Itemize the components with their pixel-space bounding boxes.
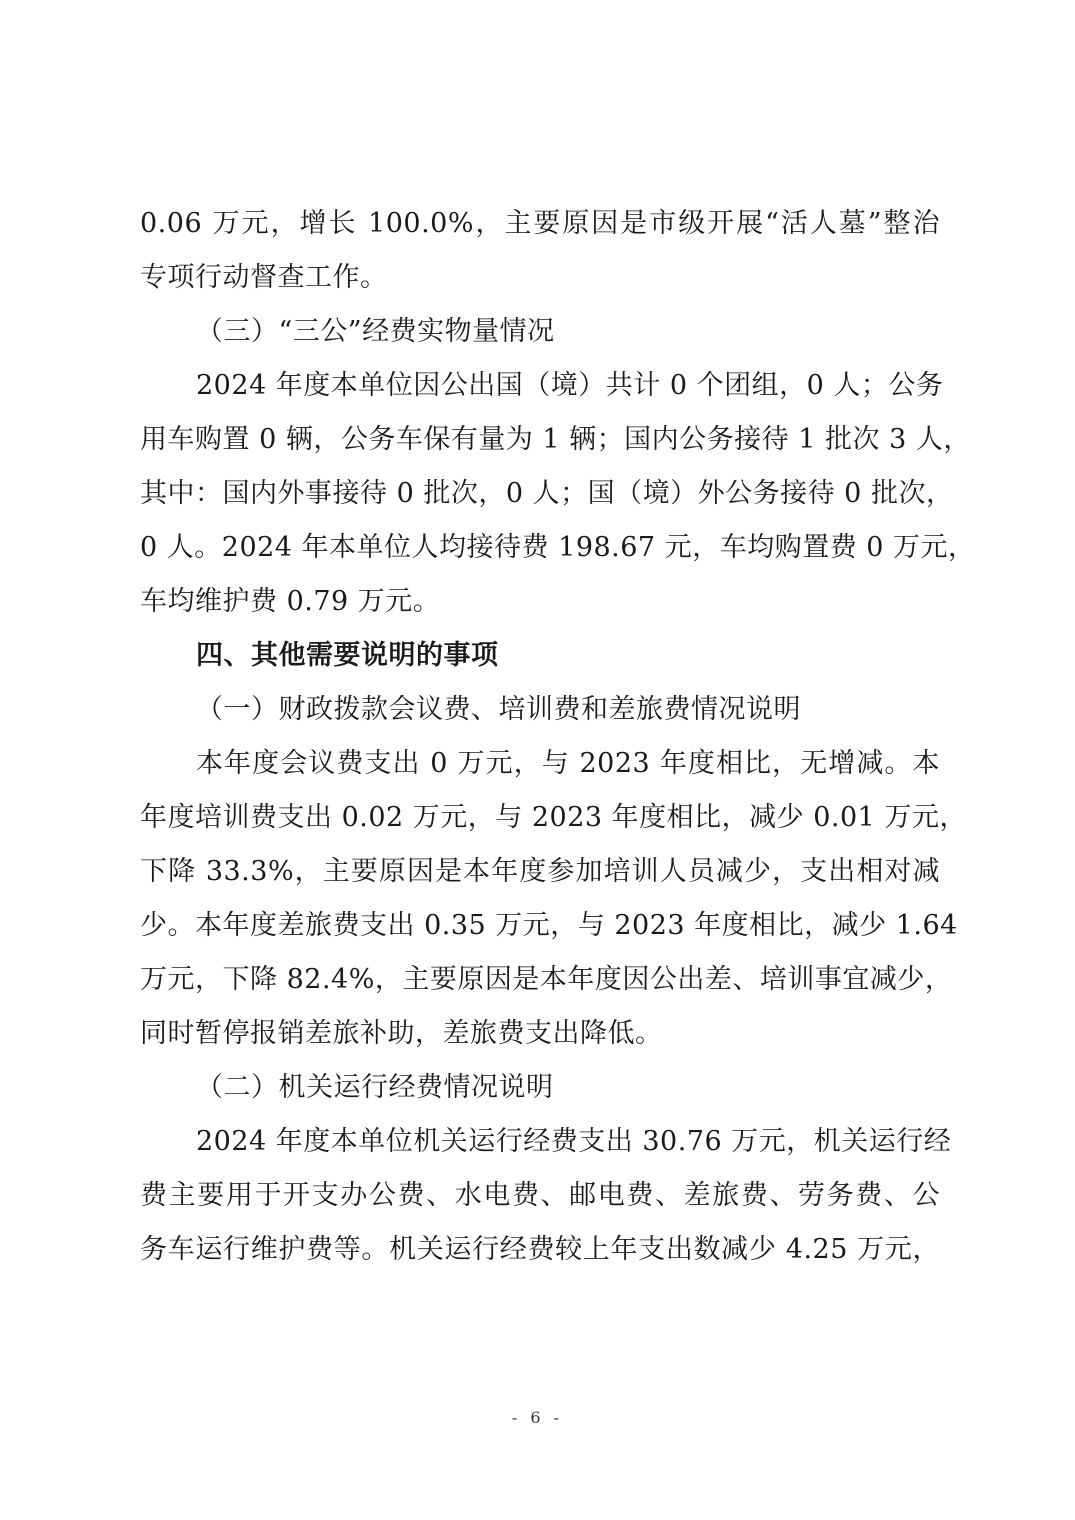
subsection-heading-operating-expenses: （二）机关运行经费情况说明 (196, 1071, 996, 1105)
paragraph-line: 其中：国内外事接待 0 批次，0 人；国（境）外公务接待 0 批次， (140, 477, 940, 511)
paragraph-line: 务车运行维护费等。机关运行经费较上年支出数减少 4.25 万元， (140, 1233, 940, 1267)
paragraph-line: 同时暂停报销差旅补助，差旅费支出降低。 (140, 1017, 940, 1051)
paragraph-line: 少。本年度差旅费支出 0.35 万元，与 2023 年度相比，减少 1.64 (140, 909, 940, 943)
paragraph-line: 费主要用于开支办公费、水电费、邮电费、差旅费、劳务费、公 (140, 1179, 940, 1213)
paragraph-line: 专项行动督查工作。 (140, 261, 940, 295)
section-heading-other-matters: 四、其他需要说明的事项 (196, 639, 996, 673)
paragraph-line: 0.06 万元，增长 100.0%，主要原因是市级开展“活人墓”整治 (140, 207, 940, 241)
paragraph-line: 2024 年度本单位机关运行经费支出 30.76 万元，机关运行经 (196, 1125, 940, 1159)
subsection-heading-three-public-quantities: （三）“三公”经费实物量情况 (196, 315, 996, 349)
page-number: - 6 - (0, 1408, 1075, 1427)
paragraph-line: 万元，下降 82.4%，主要原因是本年度因公出差、培训事宜减少， (140, 963, 940, 997)
paragraph-line: 年度培训费支出 0.02 万元，与 2023 年度相比，减少 0.01 万元， (140, 801, 940, 835)
paragraph-line: 2024 年度本单位因公出国（境）共计 0 个团组，0 人；公务 (196, 369, 940, 403)
paragraph-line: 下降 33.3%，主要原因是本年度参加培训人员减少，支出相对减 (140, 855, 940, 889)
subsection-heading-meeting-training-travel: （一）财政拨款会议费、培训费和差旅费情况说明 (196, 693, 996, 727)
paragraph-line: 本年度会议费支出 0 万元，与 2023 年度相比，无增减。本 (196, 747, 940, 781)
paragraph-line: 用车购置 0 辆，公务车保有量为 1 辆；国内公务接待 1 批次 3 人， (140, 423, 940, 457)
document-page: 0.06 万元，增长 100.0%，主要原因是市级开展“活人墓”整治 专项行动督… (0, 0, 1075, 1520)
paragraph-line: 车均维护费 0.79 万元。 (140, 585, 940, 619)
paragraph-line: 0 人。2024 年本单位人均接待费 198.67 元，车均购置费 0 万元， (140, 531, 940, 565)
